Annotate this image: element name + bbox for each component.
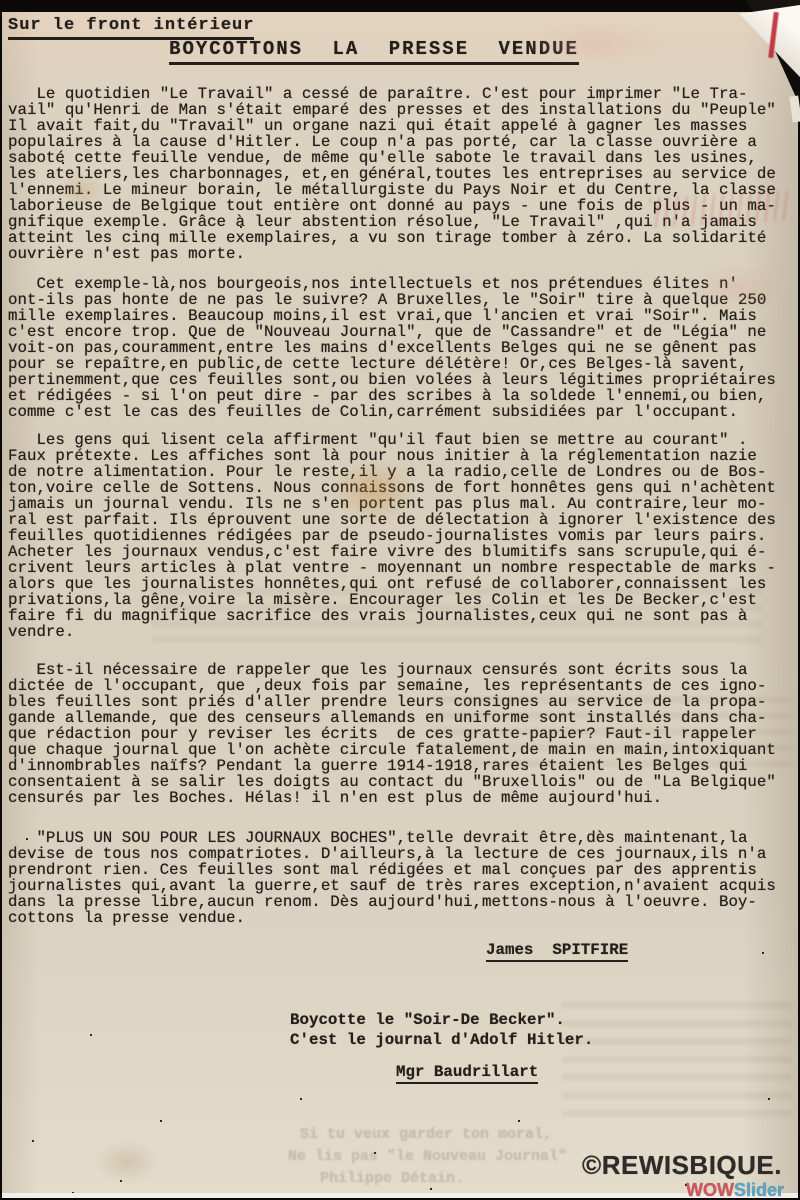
paragraph-3: Les gens qui lisent cela affirment "qu'i… bbox=[8, 432, 795, 640]
signature-mgr-baudrillart: Mgr Baudrillart bbox=[396, 1064, 795, 1080]
paper-stain bbox=[94, 1140, 160, 1184]
paragraph-1: Le quotidien "Le Travail" a cessé de par… bbox=[8, 86, 795, 262]
document-page: Sur le front intérieur BOYCOTTONS LA PRE… bbox=[2, 12, 798, 1198]
watermark-copyright: ©REWISBIQUE. bbox=[582, 1150, 782, 1181]
signature-james-spitfire: James SPITFIRE bbox=[486, 942, 795, 958]
watermark-wow-text: WOW bbox=[686, 1180, 734, 1198]
watermark-wowslider: WOWSlider bbox=[686, 1180, 784, 1198]
watermark-slider-text: Slider bbox=[734, 1180, 784, 1198]
paragraph-5: "PLUS UN SOU POUR LES JOURNAUX BOCHES",t… bbox=[8, 830, 795, 926]
document-body: Le quotidien "Le Travail" a cessé de par… bbox=[8, 86, 795, 1080]
boycott-note: Boycotte le "Soir-De Becker".C'est le jo… bbox=[290, 1010, 795, 1050]
section-header: Sur le front intérieur bbox=[8, 16, 254, 35]
bleedthrough-line-2: Ne lis pas "le Nouveau Journal" bbox=[288, 1148, 567, 1165]
boycott-note-line-2: C'est le journal d'Adolf Hitler. bbox=[290, 1030, 795, 1050]
page-title: BOYCOTTONS LA PRESSE VENDUE bbox=[2, 38, 772, 60]
bleedthrough-line-1: Si tu veux garder ton moral, bbox=[300, 1126, 552, 1143]
dust-specks bbox=[2, 12, 4, 14]
paragraph-4: Est-il nécessaire de rappeler que les jo… bbox=[8, 662, 795, 806]
boycott-note-line-1: Boycotte le "Soir-De Becker". bbox=[290, 1010, 795, 1030]
paragraph-2: Cet exemple-là,nos bourgeois,nos intelle… bbox=[8, 276, 795, 420]
page-title-text: BOYCOTTONS LA PRESSE VENDUE bbox=[169, 38, 579, 65]
section-header-text: Sur le front intérieur bbox=[8, 16, 254, 40]
bleedthrough-line-3: Philippe Détain. bbox=[320, 1170, 464, 1187]
scan-bottom-edge bbox=[2, 1193, 798, 1198]
scanned-document-photo: { "doc": { "header": "Sur le front intér… bbox=[0, 0, 800, 1200]
